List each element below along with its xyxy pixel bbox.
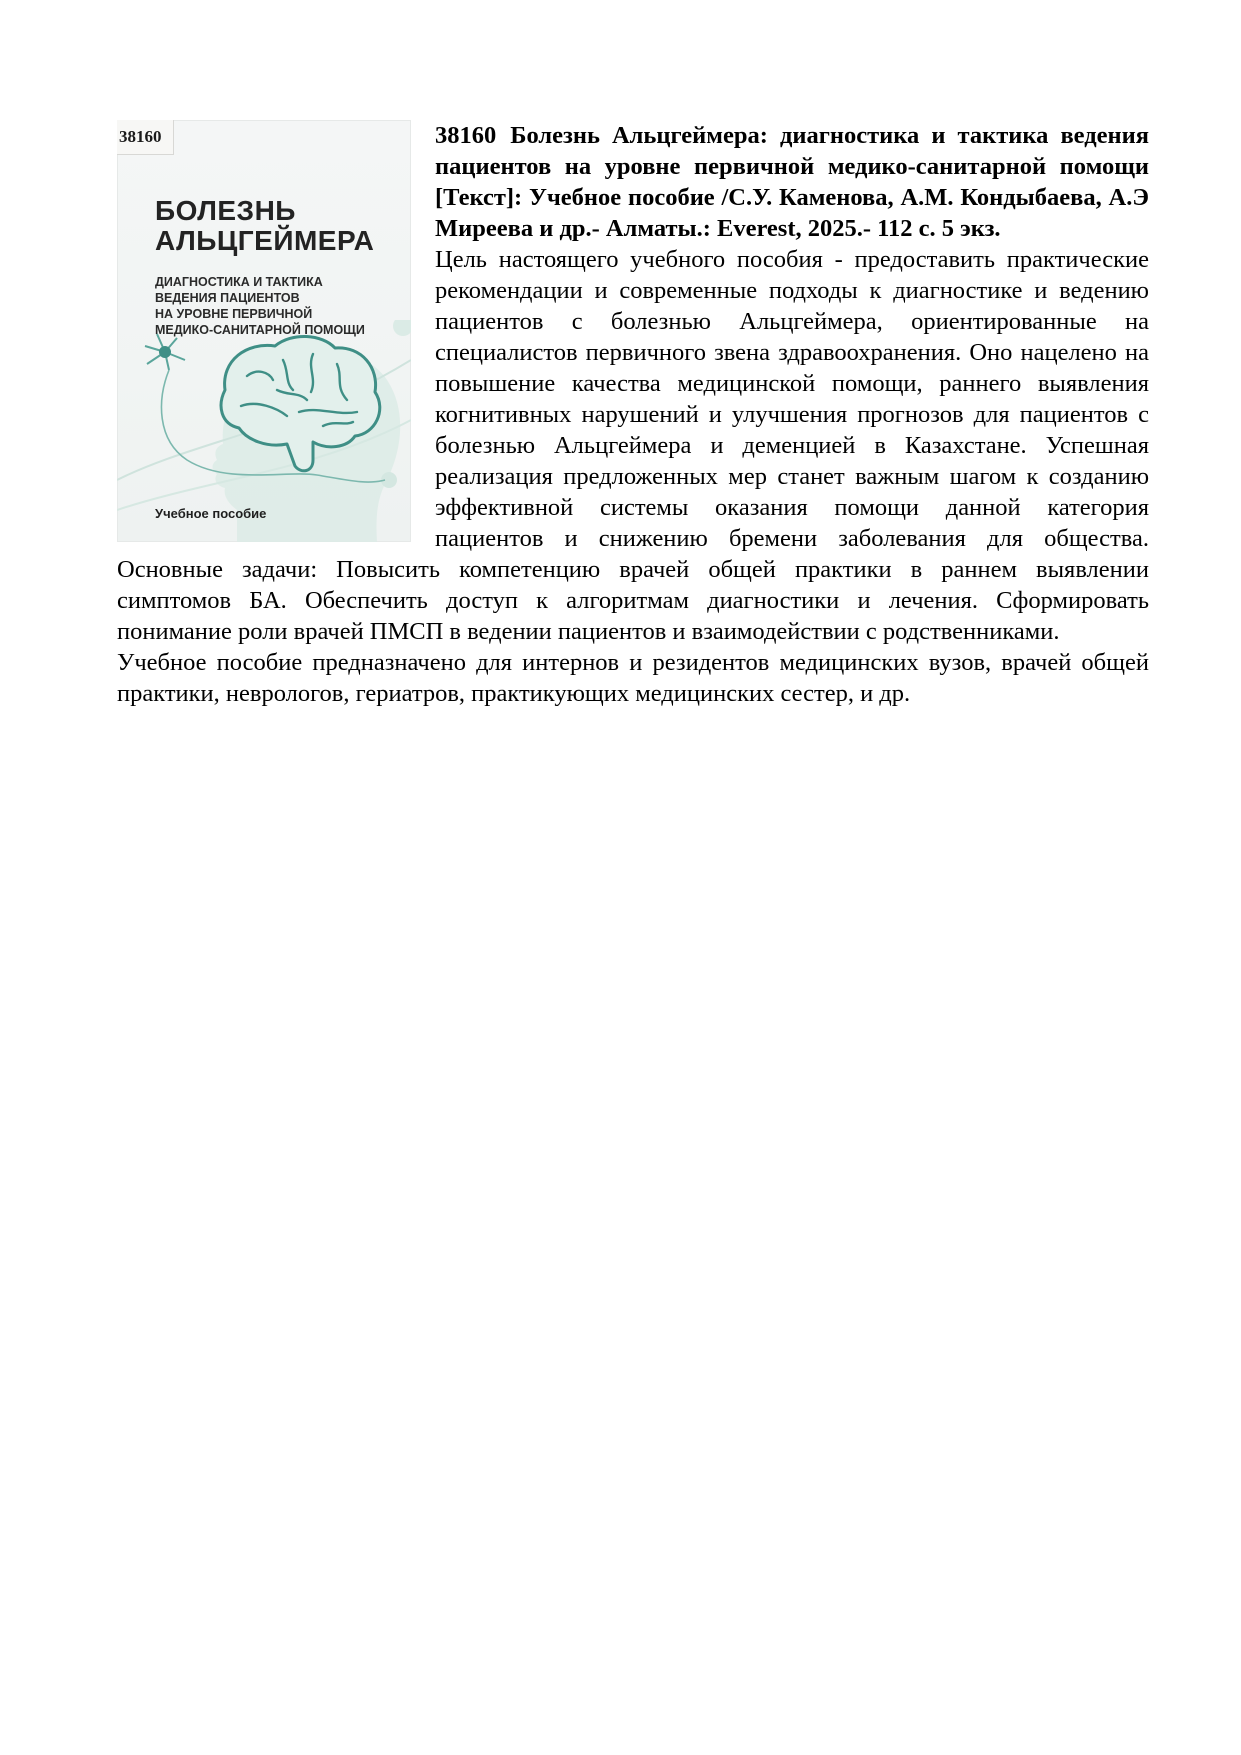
cover-title-line-2: АЛЬЦГЕЙМЕРА bbox=[155, 226, 374, 256]
cover-title: БОЛЕЗНЬ АЛЬЦГЕЙМЕРА bbox=[155, 196, 374, 256]
book-cover-image: 38160 БОЛЕЗНЬ АЛЬЦГЕЙМЕРА ДИАГНОСТИКА И … bbox=[117, 120, 411, 542]
inventory-sticker: 38160 bbox=[117, 120, 174, 155]
cover-title-line-1: БОЛЕЗНЬ bbox=[155, 196, 374, 226]
record-number: 38160 bbox=[435, 122, 496, 149]
catalog-page: 38160 БОЛЕЗНЬ АЛЬЦГЕЙМЕРА ДИАГНОСТИКА И … bbox=[117, 120, 1149, 709]
cover-label: Учебное пособие bbox=[155, 506, 266, 521]
cover-subtitle-line: ДИАГНОСТИКА И ТАКТИКА bbox=[155, 274, 405, 290]
audience-paragraph: Учебное пособие предназначено для интерн… bbox=[117, 647, 1149, 709]
cover-subtitle-line: ВЕДЕНИЯ ПАЦИЕНТОВ bbox=[155, 290, 405, 306]
bibliographic-description: Болезнь Альцгеймера: диагностика и такти… bbox=[435, 122, 1149, 242]
